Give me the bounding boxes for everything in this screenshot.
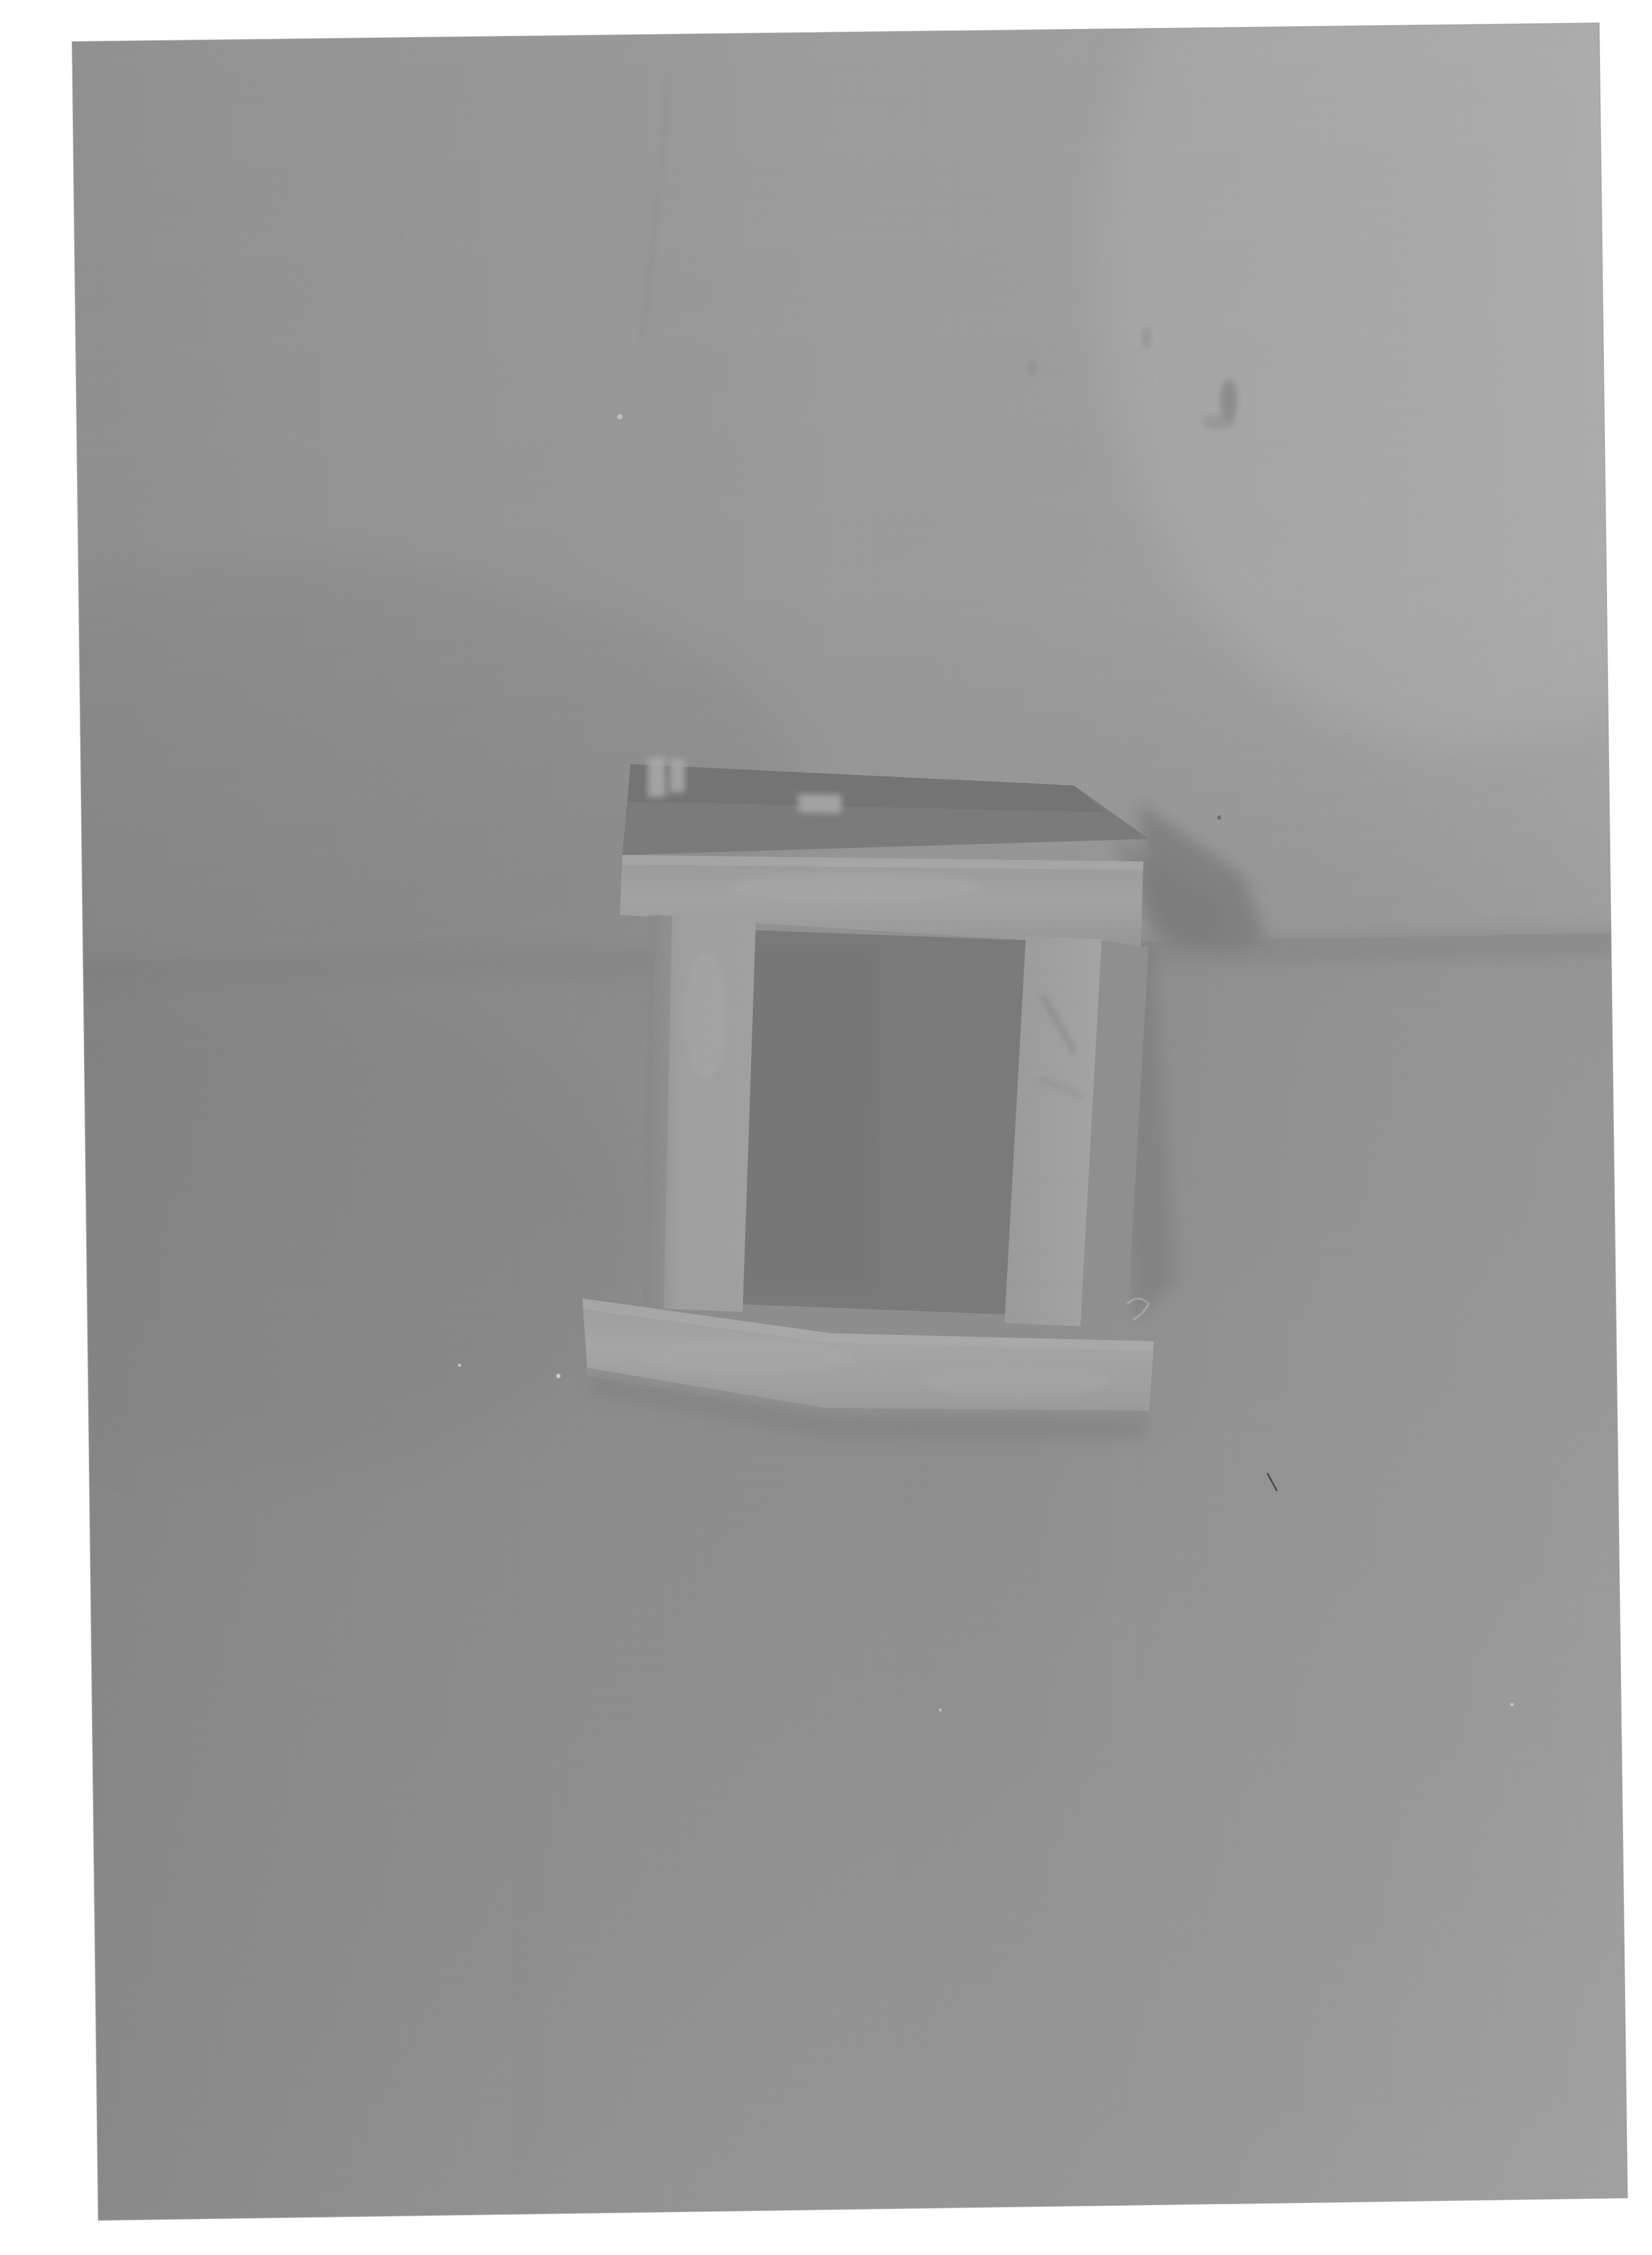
scanned-photo — [0, 0, 1652, 2255]
photo-print — [0, 0, 1652, 2250]
